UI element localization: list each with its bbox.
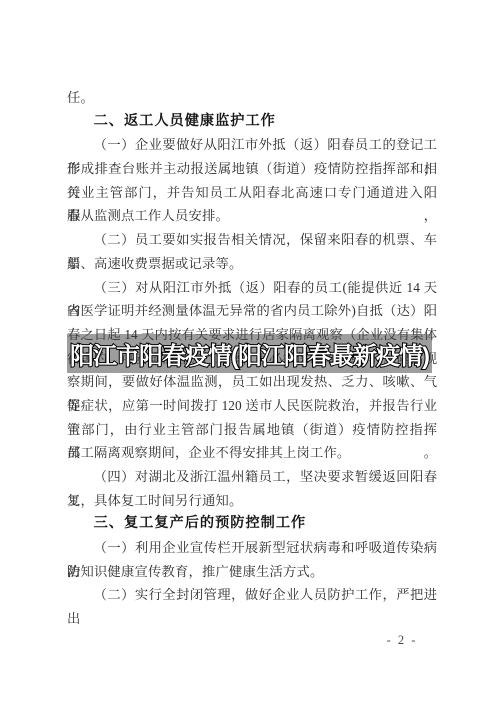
- text-line: 察期间，要做好体温监测，员工如出现发热、乏力、咳嗽、气促: [67, 370, 437, 394]
- document-page: 任。二、返工人员健康监护工作（一）企业要做好从阳江市外抵（返）阳春员工的登记工作…: [0, 0, 500, 707]
- text-line: （二）实行全封闭管理，做好企业人员防护工作，严把进出: [67, 583, 437, 607]
- section-heading: 三、复工复产后的预防控制工作: [67, 512, 437, 536]
- text-line: （一）利用企业宣传栏开展新型冠状病毒和呼吸道传染病防: [67, 536, 437, 560]
- headline-title: 阳江市阳春疫情(阳江阳春最新疫情): [70, 336, 429, 371]
- text-line: 形成排查台账并主动报送属地镇（街道）疫情防控指挥部和相关: [67, 157, 437, 181]
- text-line: 行业主管部门，并告知员工从阳春北高速口专门通道进入阳春，: [67, 181, 437, 205]
- text-line: 任。: [67, 86, 437, 110]
- text-line: 工，具体复工时间另行通知。: [67, 489, 437, 513]
- headline-overlay-band: 阳江市阳春疫情(阳江阳春最新疫情): [67, 334, 432, 373]
- text-line: （一）企业要做好从阳江市外抵（返）阳春员工的登记工作，: [67, 133, 437, 157]
- text-line: （二）员工要如实报告相关情况，保留来阳春的机票、车船: [67, 228, 437, 252]
- text-line: 治知识健康宣传教育，推广健康生活方式。: [67, 560, 437, 584]
- text-line: （三）对从阳江市外抵（返）阳春的员工(能提供近 14 天省: [67, 276, 437, 300]
- text-line: 票、高速收费票据或记录等。: [67, 252, 437, 276]
- text-line: （四）对湖北及浙江温州籍员工，坚决要求暂缓返回阳春复: [67, 465, 437, 489]
- text-line: 管部门，由行业主管部门报告属地镇（街道）疫情防控指挥部。: [67, 418, 437, 442]
- text-line: 等症状，应第一时间拨打 120 送市人民医院救治，并报告行业主: [67, 394, 437, 418]
- section-heading: 二、返工人员健康监护工作: [67, 110, 437, 134]
- text-line: 内医学证明并经测量体温无异常的省内员工除外)自抵（达）阳: [67, 299, 437, 323]
- page-number: - 2 -: [384, 633, 420, 648]
